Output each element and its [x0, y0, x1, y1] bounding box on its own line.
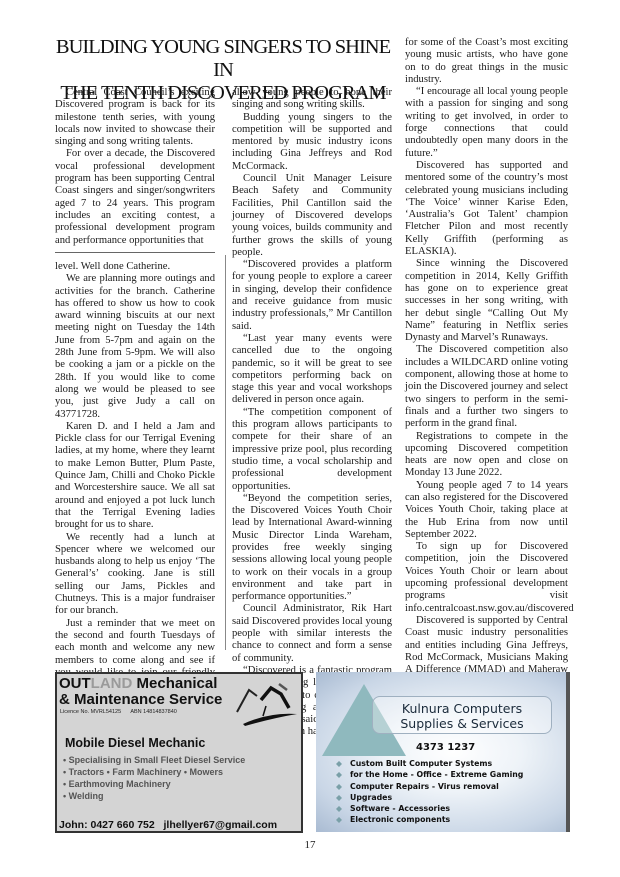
article-paragraph: Registrations to compete in the upcoming…: [405, 431, 568, 480]
licence-number: Licence No. MVRL54125: [60, 709, 121, 715]
diamond-bullet-icon: ◆: [336, 815, 342, 824]
outland-brand: OUTLAND Mechanical & Maintenance Service: [59, 676, 222, 708]
service-item: • Specialising in Small Fleet Diesel Ser…: [63, 754, 245, 766]
service-item: ◆Computer Repairs - Virus removal: [336, 781, 523, 792]
kulnura-services-list: ◆Custom Built Computer Systems ◆for the …: [336, 758, 523, 826]
article-paragraph: “Last year many events were cancelled du…: [232, 333, 392, 407]
article-paragraph: The Discovered competition also includes…: [405, 344, 568, 430]
report-paragraph: We are planning more outings and activit…: [55, 273, 215, 421]
brand-rest: Mechanical: [132, 675, 217, 692]
article-paragraph: Discovered has supported and mentored so…: [405, 160, 568, 258]
article-paragraph: Budding young singers to the competition…: [232, 112, 392, 173]
contact-email: jlhellyer67@gmail.com: [164, 819, 278, 831]
service-label: Upgrades: [350, 793, 392, 802]
outland-services-list: • Specialising in Small Fleet Diesel Ser…: [63, 754, 245, 802]
report-paragraph: Karen D. and I held a Jam and Pickle cla…: [55, 421, 215, 532]
service-label: Software - Accessories: [350, 804, 450, 813]
kulnura-phone: 4373 1237: [416, 742, 475, 753]
article-column-2: allow young people to hone their singing…: [232, 87, 392, 739]
service-item: ◆Electronic components: [336, 814, 523, 825]
article-paragraph: To sign up for Discovered competition, j…: [405, 541, 568, 615]
brand-line-2: & Maintenance Service: [59, 691, 222, 708]
licence-abn-line: Licence No. MVRL54125 ABN 14814837840: [60, 709, 177, 715]
article-paragraph: Council Administrator, Rik Hart said Dis…: [232, 603, 392, 664]
brand-land: LAND: [91, 675, 133, 692]
article-paragraph: Central Coast Council’s exciting Discove…: [55, 87, 215, 148]
branch-report-column: level. Well done Catherine. We are plann…: [55, 261, 215, 716]
service-item: ◆Upgrades: [336, 792, 523, 803]
article-column-1: Central Coast Council’s exciting Discove…: [55, 87, 215, 247]
report-paragraph: level. Well done Catherine.: [55, 261, 215, 273]
service-label: Electronic components: [350, 815, 450, 824]
section-divider-horizontal: [55, 252, 215, 253]
kulnura-name-box: Kulnura Computers Supplies & Services: [372, 696, 552, 734]
business-name-line-2: Supplies & Services: [400, 716, 523, 731]
contact-phone: John: 0427 660 752: [59, 819, 155, 831]
diamond-bullet-icon: ◆: [336, 804, 342, 813]
service-label: Custom Built Computer Systems: [350, 759, 492, 768]
service-label: for the Home - Office - Extreme Gaming: [350, 770, 523, 779]
article-paragraph: Since winning the Discovered competition…: [405, 258, 568, 344]
article-paragraph: Young people aged 7 to 14 years can also…: [405, 480, 568, 541]
article-paragraph: “Discovered provides a platform for youn…: [232, 259, 392, 333]
report-paragraph: We recently had a lunch at Spencer where…: [55, 532, 215, 618]
article-paragraph: allow young people to hone their singing…: [232, 87, 392, 112]
article-paragraph: “I encourage all local young people with…: [405, 86, 568, 160]
diamond-bullet-icon: ◆: [336, 793, 342, 802]
diamond-bullet-icon: ◆: [336, 782, 342, 791]
brand-out: OUT: [59, 675, 91, 692]
article-paragraph: for some of the Coast’s most exciting yo…: [405, 37, 568, 86]
service-item: ◆Software - Accessories: [336, 803, 523, 814]
diamond-bullet-icon: ◆: [336, 770, 342, 779]
article-paragraph: Council Unit Manager Leisure Beach Safet…: [232, 173, 392, 259]
business-name-line-1: Kulnura Computers: [402, 701, 522, 716]
article-title-line-1: BUILDING YOUNG SINGERS TO SHINE IN: [56, 36, 390, 81]
service-item: ◆Custom Built Computer Systems: [336, 758, 523, 769]
diamond-bullet-icon: ◆: [336, 759, 342, 768]
service-item: • Welding: [63, 790, 245, 802]
article-column-3: for some of the Coast’s most exciting yo…: [405, 37, 568, 713]
kulnura-computers-ad: Kulnura Computers Supplies & Services 43…: [316, 672, 570, 832]
abn-number: ABN 14814837840: [130, 709, 176, 715]
service-item: • Earthmoving Machinery: [63, 778, 245, 790]
ad-headline: Mobile Diesel Mechanic: [65, 736, 205, 750]
article-paragraph: For over a decade, the Discovered vocal …: [55, 148, 215, 246]
outland-mechanical-ad: OUTLAND Mechanical & Maintenance Service…: [55, 672, 303, 833]
page-number: 17: [300, 839, 320, 851]
service-item: • Tractors • Farm Machinery • Mowers: [63, 766, 245, 778]
article-paragraph: “Beyond the competition series, the Disc…: [232, 493, 392, 604]
article-paragraph: “The competition component of this progr…: [232, 407, 392, 493]
outland-contact: John: 0427 660 752 jlhellyer67@gmail.com: [59, 819, 277, 831]
section-divider-vertical: [225, 255, 226, 650]
service-label: Computer Repairs - Virus removal: [350, 782, 499, 791]
mountain-logo-icon: [233, 678, 301, 730]
service-item: ◆for the Home - Office - Extreme Gaming: [336, 769, 523, 780]
